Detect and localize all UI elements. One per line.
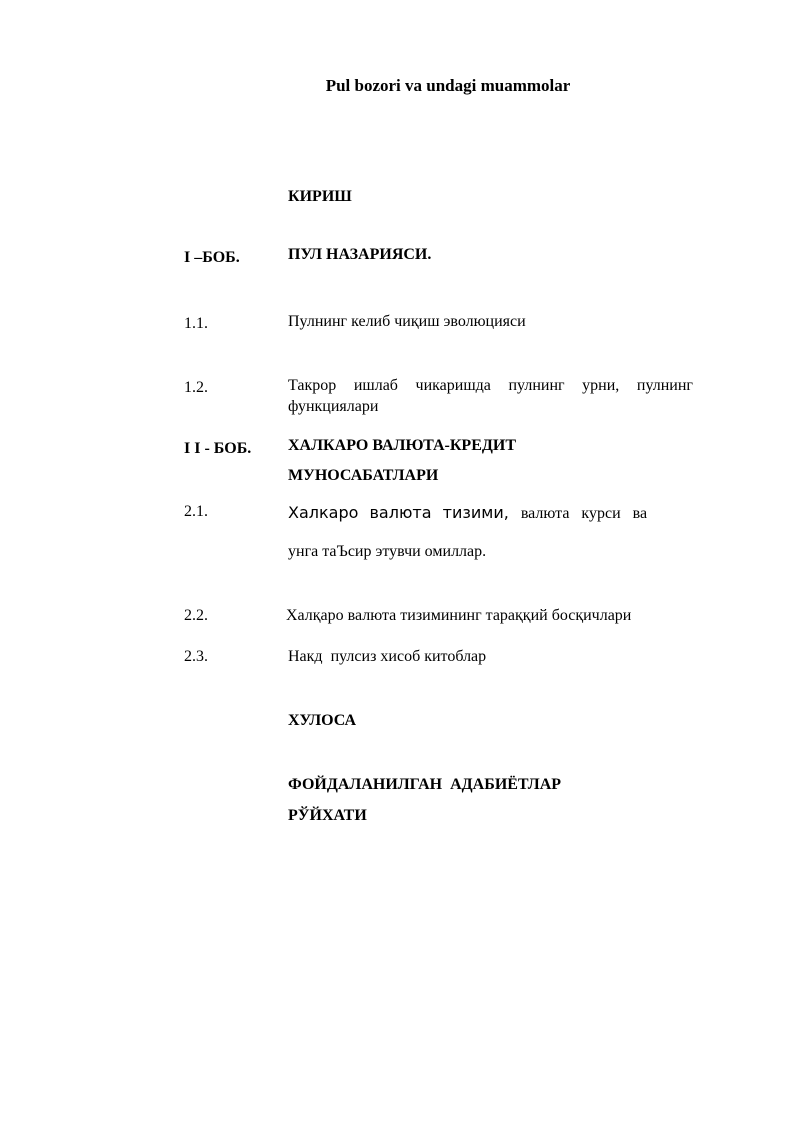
document-page: Pul bozori va undagi muammolar КИРИШ I –… bbox=[0, 0, 800, 1131]
section-1-1-number: 1.1. bbox=[184, 315, 208, 333]
section-2-2-number: 2.2. bbox=[184, 607, 208, 625]
section-1-2-number: 1.2. bbox=[184, 379, 208, 397]
section-1-2-title-line2: функциялари bbox=[288, 397, 693, 417]
toc-conclusion: ХУЛОСА bbox=[288, 711, 693, 731]
section-2-1-title-line1: Халкаро валюта тизими, валюта курси ва bbox=[288, 503, 693, 524]
toc-references-line2: РЎЙХАТИ bbox=[288, 806, 693, 826]
chapter2-number: I I - БОБ. bbox=[184, 440, 251, 458]
chapter1-number: I –БОБ. bbox=[184, 249, 240, 267]
chapter2-title-line2: МУНОСАБАТЛАРИ bbox=[288, 466, 693, 486]
toc-references-line1: ФОЙДАЛАНИЛГАН АДАБИЁТЛАР bbox=[288, 775, 693, 795]
section-2-1-title-serif: валюта курси ва bbox=[509, 505, 647, 522]
toc-intro: КИРИШ bbox=[288, 187, 693, 207]
section-1-2-title-line1: Такрор ишлаб чикаришда пулнинг урни, пул… bbox=[288, 376, 693, 396]
chapter1-title: ПУЛ НАЗАРИЯСИ. bbox=[288, 245, 693, 265]
document-title: Pul bozori va undagi muammolar bbox=[0, 76, 800, 96]
section-2-2-title: Халқаро валюта тизимининг тараққий босқи… bbox=[286, 606, 706, 626]
section-2-1-number: 2.1. bbox=[184, 503, 208, 521]
section-2-1-title-sans: Халкаро валюта тизими, bbox=[288, 503, 509, 522]
section-2-3-title: Накд пулсиз хисоб китоблар bbox=[288, 647, 693, 667]
section-2-3-number: 2.3. bbox=[184, 648, 208, 666]
section-1-1-title: Пулнинг келиб чиқиш эволюцияси bbox=[288, 312, 693, 332]
section-2-1-title-line2: унга таЪсир этувчи омиллар. bbox=[288, 542, 693, 562]
chapter2-title-line1: ХАЛКАРО ВАЛЮТА-КРЕДИТ bbox=[288, 436, 693, 456]
